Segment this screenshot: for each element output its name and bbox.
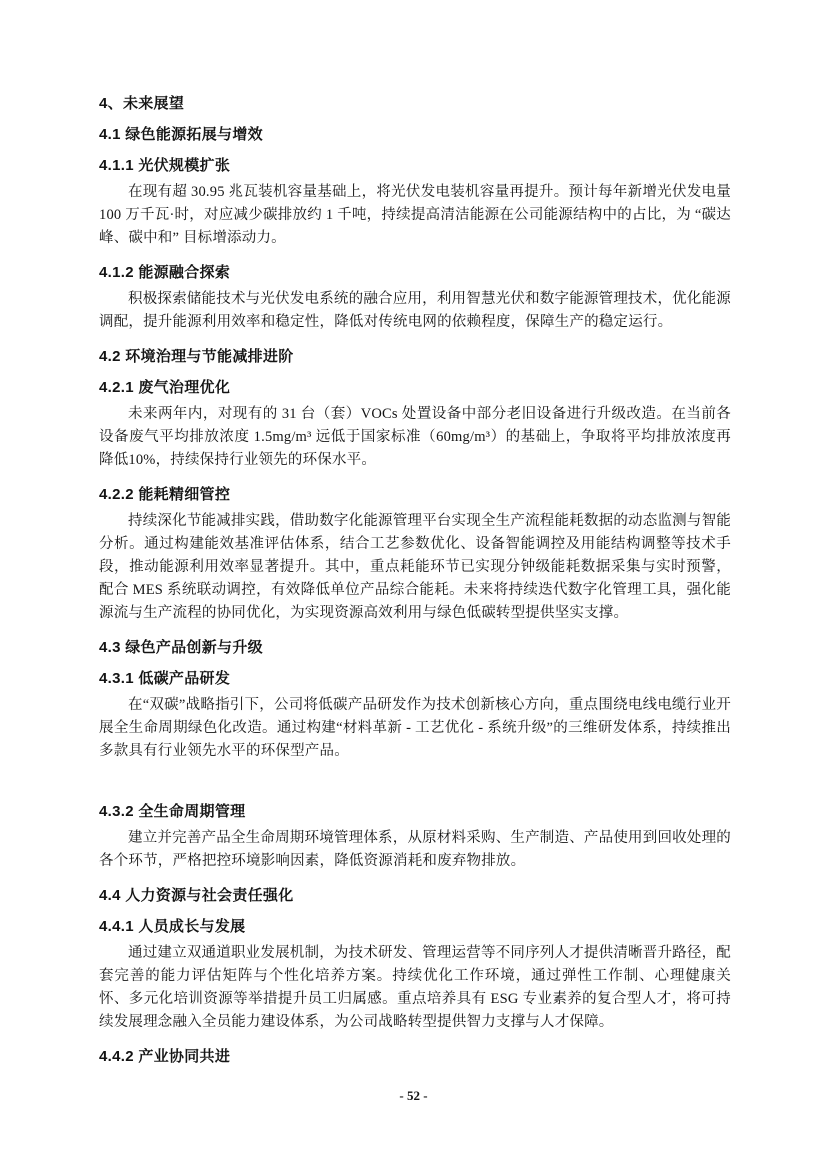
section-heading: 4、未来展望 (99, 95, 731, 112)
page-number: - 52 - (0, 1088, 827, 1104)
section-heading: 4.3.2 全生命周期管理 (99, 803, 731, 820)
section-heading: 4.3.1 低碳产品研发 (99, 670, 731, 687)
section-heading: 4.4.2 产业协同共进 (99, 1048, 731, 1065)
paragraph: 持续深化节能减排实践，借助数字化能源管理平台实现全生产流程能耗数据的动态监测与智… (99, 510, 731, 625)
section-heading: 4.2 环境治理与节能减排进阶 (99, 348, 731, 365)
paragraph: 在现有超 30.95 兆瓦装机容量基础上，将光伏发电装机容量再提升。预计每年新增… (99, 181, 731, 250)
section-heading: 4.1.2 能源融合探索 (99, 264, 731, 281)
section-heading: 4.4 人力资源与社会责任强化 (99, 887, 731, 904)
paragraph: 建立并完善产品全生命周期环境管理体系，从原材料采购、生产制造、产品使用到回收处理… (99, 827, 731, 873)
section-heading: 4.1.1 光伏规模扩张 (99, 157, 731, 174)
section-heading: 4.1 绿色能源拓展与增效 (99, 126, 731, 143)
section-heading: 4.2.2 能耗精细管控 (99, 486, 731, 503)
document-body: 4、未来展望4.1 绿色能源拓展与增效4.1.1 光伏规模扩张在现有超 30.9… (99, 95, 731, 1070)
paragraph: 通过建立双通道职业发展机制，为技术研发、管理运营等不同序列人才提供清晰晋升路径，… (99, 942, 731, 1034)
paragraph: 在“双碳”战略指引下，公司将低碳产品研发作为技术创新核心方向，重点围绕电线电缆行… (99, 694, 731, 763)
document-page: 4、未来展望4.1 绿色能源拓展与增效4.1.1 光伏规模扩张在现有超 30.9… (0, 0, 827, 1170)
section-heading: 4.3 绿色产品创新与升级 (99, 639, 731, 656)
section-heading: 4.4.1 人员成长与发展 (99, 918, 731, 935)
section-heading: 4.2.1 废气治理优化 (99, 379, 731, 396)
paragraph: 积极探索储能技术与光伏发电系统的融合应用，利用智慧光伏和数字能源管理技术，优化能… (99, 288, 731, 334)
paragraph: 未来两年内，对现有的 31 台（套）VOCs 处置设备中部分老旧设备进行升级改造… (99, 403, 731, 472)
